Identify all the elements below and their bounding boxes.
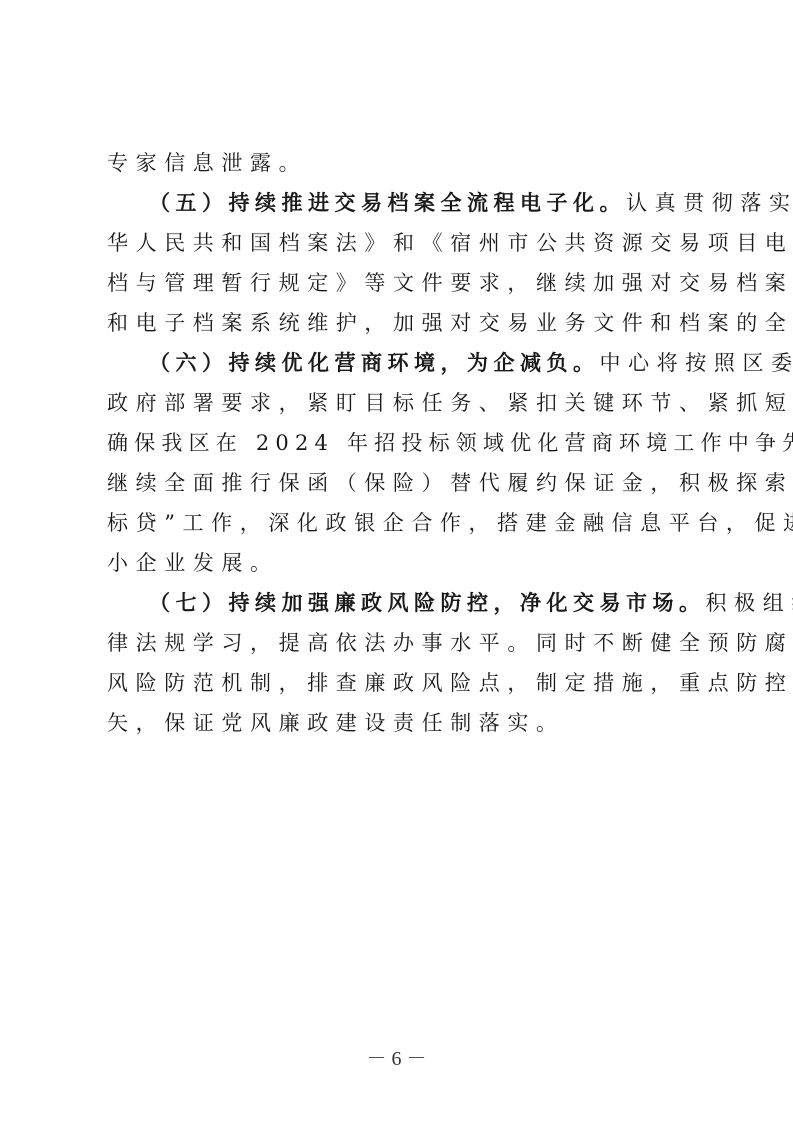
section-5-first-line: （五）持续推进交易档案全流程电子化。认真贯彻落实《中	[107, 183, 695, 223]
text-line: 风险防范机制，排查廉政风险点，制定措施，重点防控，有的放	[107, 663, 695, 703]
page-number: － 6 －	[0, 1042, 793, 1071]
section-6-heading: （六）持续优化营商环境，为企减负。	[149, 351, 600, 375]
section-5-heading: （五）持续推进交易档案全流程电子化。	[149, 191, 626, 215]
text-line: 矢，保证党风廉政建设责任制落实。	[107, 703, 695, 743]
text-line: 律法规学习，提高依法办事水平。同时不断健全预防腐败和岗位	[107, 623, 695, 663]
section-7-first-line: （七）持续加强廉政风险防控，净化交易市场。积极组织法	[107, 583, 695, 623]
text-line: 标贷”工作，深化政银企合作，搭建金融信息平台，促进扶持中	[107, 503, 695, 543]
text-line: 专家信息泄露。	[107, 143, 695, 183]
section-7-heading: （七）持续加强廉政风险防控，净化交易市场。	[149, 591, 706, 615]
section-6-first-line: （六）持续优化营商环境，为企减负。中心将按照区委、区	[107, 343, 695, 383]
text-line: 继续全面推行保函（保险）替代履约保证金，积极探索推行“中	[107, 463, 695, 503]
text-line: 档与管理暂行规定》等文件要求，继续加强对交易档案管理工作	[107, 263, 695, 303]
text-line: 和电子档案系统维护，加强对交易业务文件和档案的全程管理。	[107, 303, 695, 343]
section-6-text: 中心将按照区委、区	[600, 351, 793, 375]
text-line: 确保我区在 2024 年招投标领域优化营商环境工作中争先进位。	[107, 423, 695, 463]
text-line: 小企业发展。	[107, 543, 695, 583]
section-5-text: 认真贯彻落实《中	[626, 191, 793, 215]
section-7-text: 积极组织法	[706, 591, 793, 615]
text-line: 华人民共和国档案法》和《宿州市公共资源交易项目电子文件归	[107, 223, 695, 263]
document-page: 专家信息泄露。 （五）持续推进交易档案全流程电子化。认真贯彻落实《中 华人民共和…	[107, 143, 695, 743]
text-line: 政府部署要求，紧盯目标任务、紧扣关键环节、紧抓短板弱项，	[107, 383, 695, 423]
